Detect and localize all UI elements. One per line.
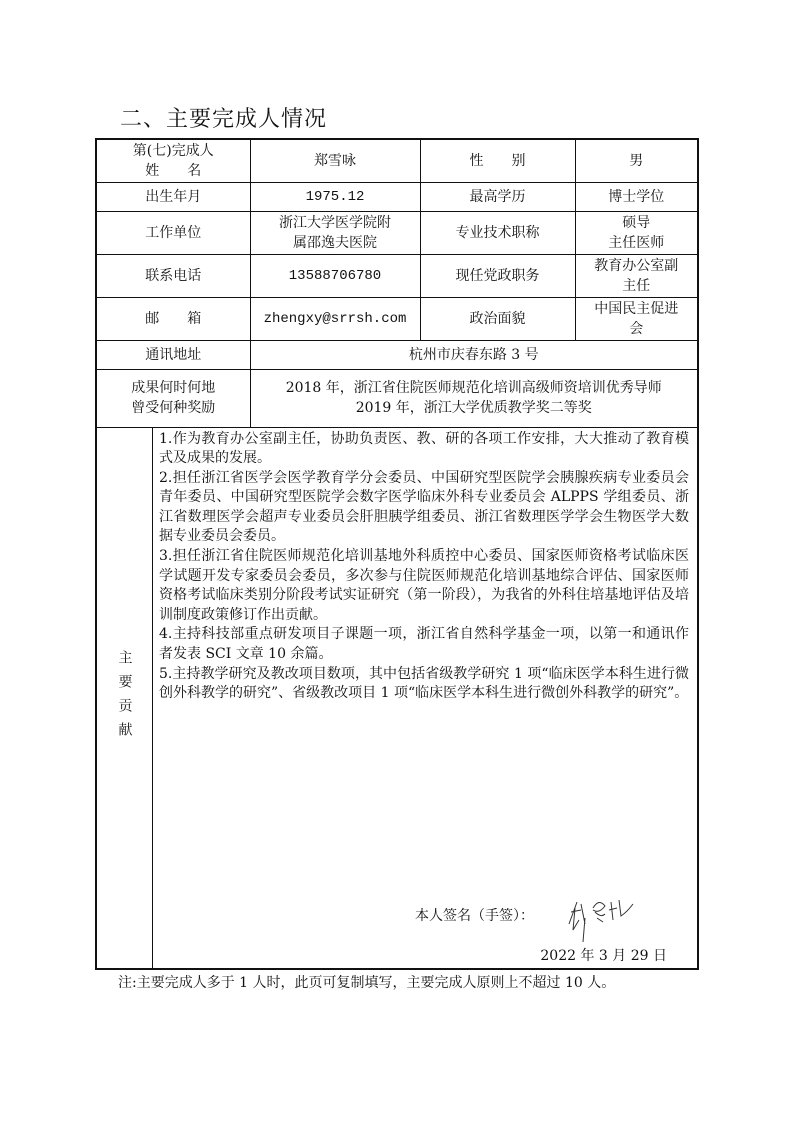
row-awards: 成果何时何地 曾受何种奖励 2018 年，浙江省住院医师规范化培训高级师资培训优… [96, 369, 698, 427]
awards-label-line1: 成果何时何地 [97, 378, 250, 398]
position-label: 现任党政职务 [420, 254, 575, 297]
row-contributions: 主要贡献 1.作为教育办公室副主任，协助负责医、教、研的各项工作安排，大大推动了… [96, 427, 698, 969]
contributions-label: 主要贡献 [115, 650, 135, 746]
contributions-text: 1.作为教育办公室副主任，协助负责医、教、研的各项工作安排，大大推动了教育模式及… [159, 430, 689, 704]
awards-label-line2: 曾受何种奖励 [97, 398, 250, 418]
title-value-line2: 主任医师 [576, 233, 698, 253]
workplace-value-line2: 属邵逸夫医院 [251, 233, 420, 253]
award-item: 2018 年，浙江省住院医师规范化培训高级师资培训优秀导师 [251, 378, 698, 398]
position-value-line1: 教育办公室副 [576, 256, 698, 276]
signature-date: 2022 年 3 月 29 日 [540, 946, 667, 966]
phone-value: 13588706780 [250, 254, 420, 297]
row-workplace: 工作单位 浙江大学医学院附 属邵逸夫医院 专业技术职称 硕导 主任医师 [96, 211, 698, 254]
contribution-item: 5.主持教学研究及教改项目数项，其中包括省级教学研究 1 项“临床医学本科生进行… [159, 665, 689, 704]
completer-info-table: 第(七)完成人 姓 名 郑雪咏 性 别 男 出生年月 1975.12 最高学历 … [95, 138, 699, 970]
title-value: 硕导 主任医师 [575, 211, 698, 254]
gender-value: 男 [575, 139, 698, 182]
awards-value: 2018 年，浙江省住院医师规范化培训高级师资培训优秀导师 2019 年，浙江大… [250, 369, 698, 427]
position-value-line2: 主任 [576, 276, 698, 296]
section-title: 二、主要完成人情况 [120, 102, 327, 133]
contribution-item: 2.担任浙江省医学会医学教育学分会委员、中国研究型医院学会胰腺疾病专业委员会青年… [159, 469, 689, 547]
workplace-value-line1: 浙江大学医学院附 [251, 213, 420, 233]
phone-label: 联系电话 [96, 254, 250, 297]
name-label-line2: 姓 名 [97, 161, 250, 181]
row-address: 通讯地址 杭州市庆春东路 3 号 [96, 340, 698, 369]
contribution-item: 3.担任浙江省住院医师规范化培训基地外科质控中心委员、国家医师资格考试临床医学试… [159, 547, 689, 625]
address-label: 通讯地址 [96, 340, 250, 369]
title-label: 专业技术职称 [420, 211, 575, 254]
political-label: 政治面貌 [420, 297, 575, 340]
signature-label: 本人签名（手签）： [415, 906, 534, 926]
footnote: 注:主要完成人多于 1 人时，此页可复制填写，主要完成人原则上不超过 10 人。 [118, 972, 615, 992]
birth-value: 1975.12 [250, 182, 420, 211]
political-value: 中国民主促进 会 [575, 297, 698, 340]
political-value-line1: 中国民主促进 [576, 299, 698, 319]
education-label: 最高学历 [420, 182, 575, 211]
row-name: 第(七)完成人 姓 名 郑雪咏 性 别 男 [96, 139, 698, 182]
row-phone: 联系电话 13588706780 现任党政职务 教育办公室副 主任 [96, 254, 698, 297]
award-item: 2019 年，浙江大学优质教学奖二等奖 [251, 398, 698, 418]
row-email: 邮 箱 zhengxy@srrsh.com 政治面貌 中国民主促进 会 [96, 297, 698, 340]
handwritten-signature-icon [565, 894, 635, 944]
contributions-cell: 主要贡献 1.作为教育办公室副主任，协助负责医、教、研的各项工作安排，大大推动了… [96, 427, 698, 969]
email-label: 邮 箱 [96, 297, 250, 340]
workplace-value: 浙江大学医学院附 属邵逸夫医院 [250, 211, 420, 254]
contribution-item: 1.作为教育办公室副主任，协助负责医、教、研的各项工作安排，大大推动了教育模式及… [159, 430, 689, 469]
gender-label: 性 别 [420, 139, 575, 182]
awards-label: 成果何时何地 曾受何种奖励 [96, 369, 250, 427]
workplace-label: 工作单位 [96, 211, 250, 254]
name-label-line1: 第(七)完成人 [97, 141, 250, 161]
contribution-item: 4.主持科技部重点研发项目子课题一项，浙江省自然科学基金一项，以第一和通讯作者发… [159, 625, 689, 664]
address-value: 杭州市庆春东路 3 号 [250, 340, 698, 369]
name-label: 第(七)完成人 姓 名 [96, 139, 250, 182]
contributions-label-box: 主要贡献 [97, 428, 153, 968]
birth-label: 出生年月 [96, 182, 250, 211]
position-value: 教育办公室副 主任 [575, 254, 698, 297]
education-value: 博士学位 [575, 182, 698, 211]
political-value-line2: 会 [576, 319, 698, 339]
email-value: zhengxy@srrsh.com [250, 297, 420, 340]
title-value-line1: 硕导 [576, 213, 698, 233]
name-value: 郑雪咏 [250, 139, 420, 182]
row-birth: 出生年月 1975.12 最高学历 博士学位 [96, 182, 698, 211]
